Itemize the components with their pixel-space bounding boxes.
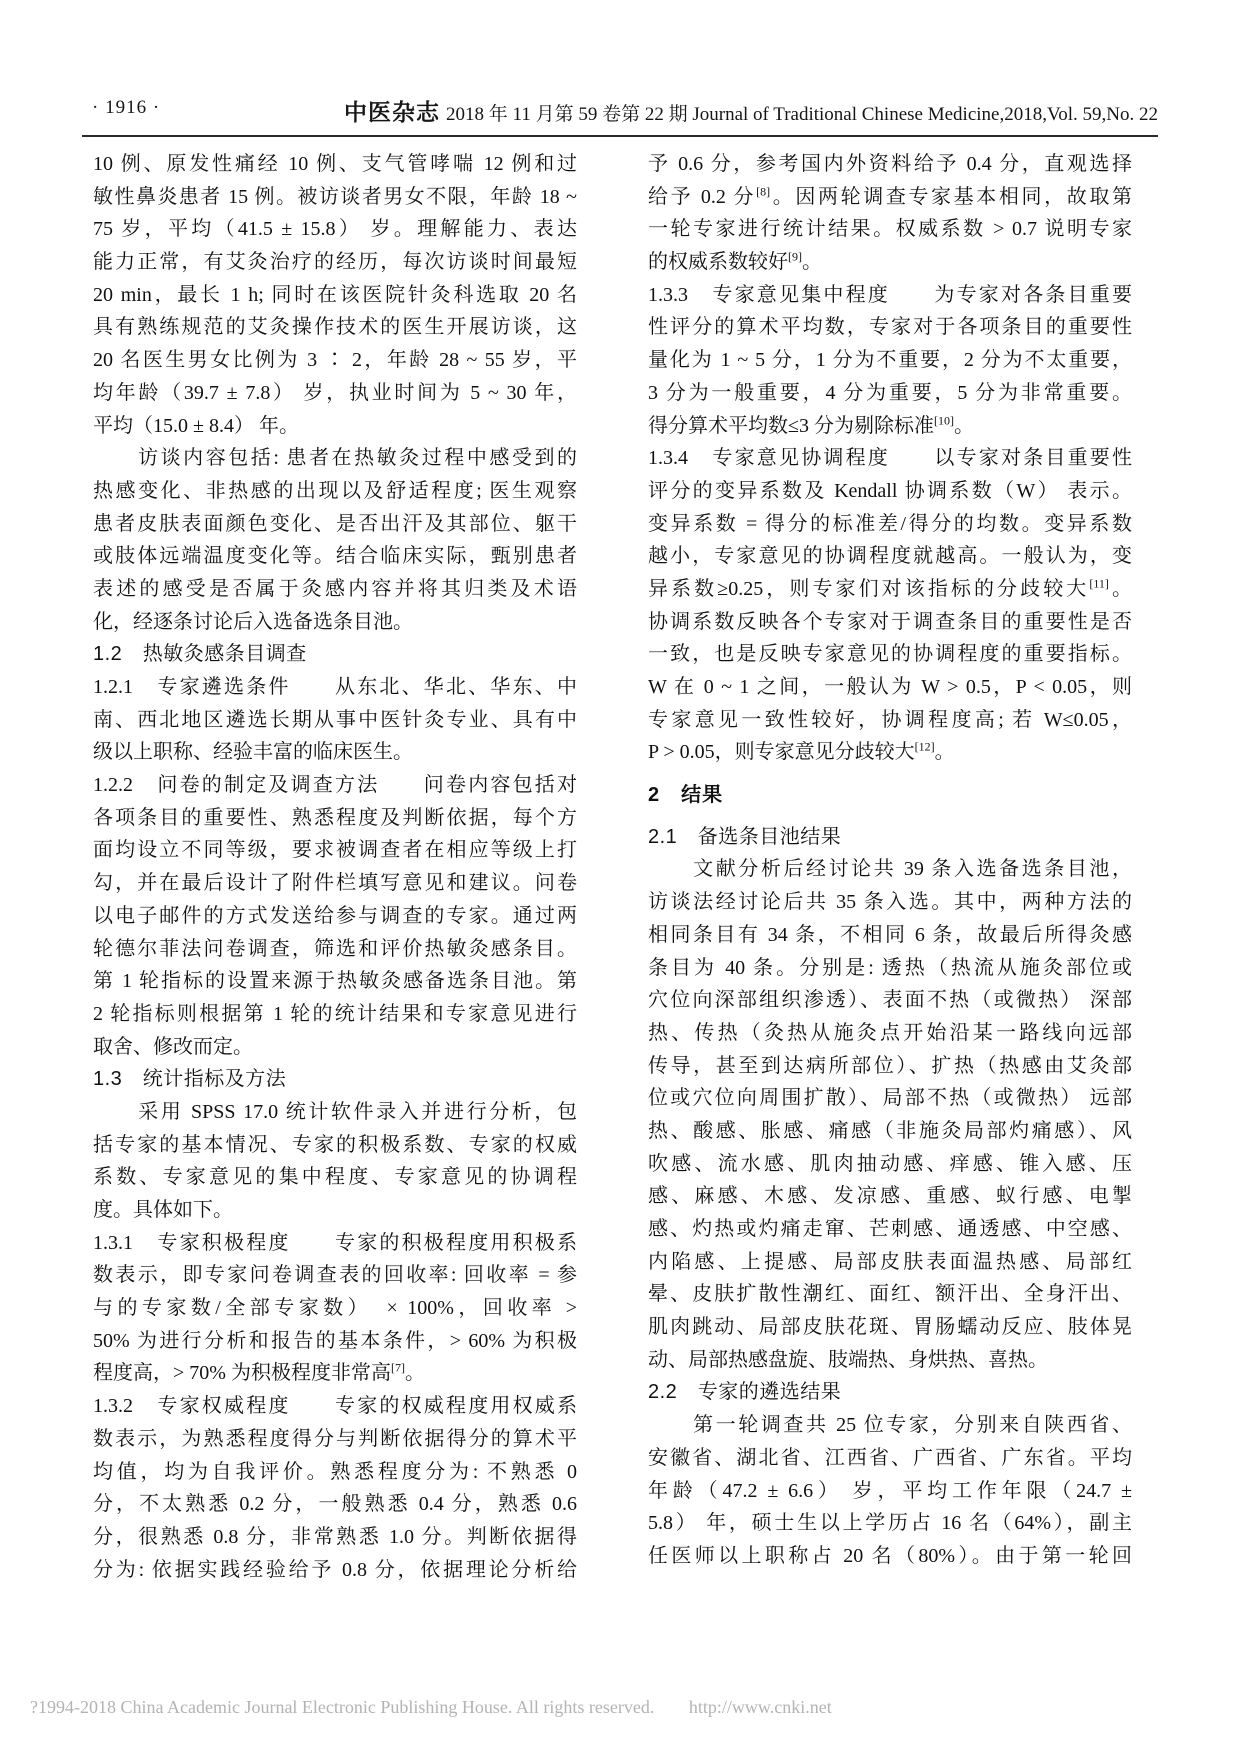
text-line: W 在 0 ~ 1 之间，一般认为 W > 0.5，P < 0.05，则 [648, 671, 1132, 704]
text-line: 数表示，即专家问卷调查表的回收率: 回收率 = 参 [93, 1259, 577, 1292]
text-line: 热、酸感、胀感、痛感（非施灸局部灼痛感）、风 [648, 1115, 1132, 1148]
text-line: 分为: 依据实践经验给予 0.8 分，依据理论分析给 [93, 1554, 577, 1587]
text-line: 10 例、原发性痛经 10 例、支气管哮喘 12 例和过 [93, 148, 577, 181]
text-line: 评分的变异系数及 Kendall 协调系数（W） 表示。 [648, 475, 1132, 508]
text-line: 第一轮调查共 25 位专家，分别来自陕西省、 [648, 1409, 1132, 1442]
section-heading: 2 结果 [648, 779, 1132, 812]
text-line: 能力正常，有艾灸治疗的经历，每次访谈时间最短 [93, 246, 577, 279]
text-line: 量化为 1 ~ 5 分，1 分为不重要，2 分为不太重要， [648, 344, 1132, 377]
text-line: 相同条目有 34 条，不相同 6 条，故最后所得灸感 [648, 919, 1132, 952]
text-line: 患者皮肤表面颜色变化、是否出汗及其部位、躯干 [93, 508, 577, 541]
text-line: 一致，也是反映专家意见的协调程度的重要指标。 [648, 638, 1132, 671]
text-line: 专家意见一致性较好，协调程度高; 若 W≤0.05， [648, 704, 1132, 737]
text-line: 访谈法经讨论后共 35 条入选。其中，两种方法的 [648, 886, 1132, 919]
text-line: 1.3.2 专家权威程度 专家的权威程度用权威系 [93, 1390, 577, 1423]
text-line: 20 名医生男女比例为 3 ∶ 2，年龄 28 ~ 55 岁，平 [93, 344, 577, 377]
subsection-heading: 1.2 热敏灸感条目调查 [93, 638, 577, 671]
text-line: 轮德尔菲法问卷调查，筛选和评价热敏灸感条目。 [93, 933, 577, 966]
text-line: 均值，均为自我评价。熟悉程度分为: 不熟悉 0 [93, 1456, 577, 1489]
text-line: 平均（15.0 ± 8.4） 年。 [93, 410, 577, 443]
journal-issue-info: 2018 年 11 月第 59 卷第 22 期 Journal of Tradi… [446, 104, 1158, 125]
text-line: 给予 0.2 分[8]。因两轮调查专家基本相同，故取第 [648, 181, 1132, 214]
header-rule [82, 135, 1158, 137]
text-line: 访谈内容包括: 患者在热敏灸过程中感受到的 [93, 442, 577, 475]
text-line: 南、西北地区遴选长期从事中医针灸专业、具有中 [93, 704, 577, 737]
text-line: 20 min，最长 1 h; 同时在该医院针灸科选取 20 名 [93, 279, 577, 312]
text-line: 年龄（47.2 ± 6.6） 岁，平均工作年限（24.7 ± [648, 1475, 1132, 1508]
text-line: 一轮专家进行统计结果。权威系数 > 0.7 说明专家 [648, 213, 1132, 246]
journal-header: 中医杂志 2018 年 11 月第 59 卷第 22 期 Journal of … [344, 94, 1158, 127]
text-line: 1.3.4 专家意见协调程度 以专家对条目重要性 [648, 442, 1132, 475]
text-line: 条目为 40 条。分别是: 透热（热流从施灸部位或 [648, 952, 1132, 985]
text-line: 吹感、流水感、肌肉抽动感、痒感、锥入感、压 [648, 1148, 1132, 1181]
text-line: 1.2.1 专家遴选条件 从东北、华北、华东、中 [93, 671, 577, 704]
text-line: 程度高，> 70% 为积极程度非常高[7]。 [93, 1357, 577, 1390]
text-line: 变异系数 = 得分的标准差/得分的均数。变异系数 [648, 508, 1132, 541]
text-line: 3 分为一般重要，4 分为重要，5 分为非常重要。 [648, 377, 1132, 410]
text-line: 级以上职称、经验丰富的临床医生。 [93, 736, 577, 769]
text-line: 取舍、修改而定。 [93, 1031, 577, 1064]
text-line: 得分算术平均数≤3 分为剔除标准[10]。 [648, 410, 1132, 443]
text-line: 肌肉跳动、局部皮肤花斑、胃肠蠕动反应、肢体晃 [648, 1311, 1132, 1344]
page-number: · 1916 · [92, 97, 160, 119]
text-line: 的权威系数较好[9]。 [648, 246, 1132, 279]
text-line: 异系数≥0.25，则专家们对该指标的分歧较大[11]。 [648, 573, 1132, 606]
text-line: 动、局部热感盘旋、肢端热、身烘热、喜热。 [648, 1344, 1132, 1377]
text-line: 括专家的基本情况、专家的积极系数、专家的权威 [93, 1129, 577, 1162]
text-line: 位或穴位向周围扩散）、局部不热（或微热） 远部 [648, 1082, 1132, 1115]
text-line: 晕、皮肤扩散性潮红、面红、额汗出、全身汗出、 [648, 1278, 1132, 1311]
text-line: 5.8） 年，硕士生以上学历占 16 名（64%），副主 [648, 1507, 1132, 1540]
text-line: 敏性鼻炎患者 15 例。被访谈者男女不限，年龄 18 ~ [93, 181, 577, 214]
text-line: 第 1 轮指标的设置来源于热敏灸感备选条目池。第 [93, 965, 577, 998]
text-line: 性评分的算术平均数，专家对于各项条目的重要性 [648, 311, 1132, 344]
text-line: 度。具体如下。 [93, 1194, 577, 1227]
text-line: 任医师以上职称占 20 名（80%）。由于第一轮回 [648, 1540, 1132, 1573]
text-line: 予 0.6 分，参考国内外资料给予 0.4 分，直观选择 [648, 148, 1132, 181]
text-line: 1.2.2 问卷的制定及调查方法 问卷内容包括对 [93, 769, 577, 802]
text-line: 与的专家数/全部专家数） × 100%，回收率 > [93, 1292, 577, 1325]
text-line: 具有熟练规范的艾灸操作技术的医生开展访谈，这 [93, 311, 577, 344]
text-column-left: 10 例、原发性痛经 10 例、支气管哮喘 12 例和过敏性鼻炎患者 15 例。… [93, 148, 577, 1586]
subsection-heading: 1.3 统计指标及方法 [93, 1063, 577, 1096]
text-line: 均年龄（39.7 ± 7.8） 岁，执业时间为 5 ~ 30 年， [93, 377, 577, 410]
text-column-right: 予 0.6 分，参考国内外资料给予 0.4 分，直观选择给予 0.2 分[8]。… [648, 148, 1132, 1586]
subsection-heading: 2.1 备选条目池结果 [648, 821, 1132, 854]
text-line: 内陷感、上提感、局部皮肤表面温热感、局部红 [648, 1246, 1132, 1279]
text-line: 安徽省、湖北省、江西省、广西省、广东省。平均 [648, 1442, 1132, 1475]
text-line: 协调系数反映各个专家对于调查条目的重要性是否 [648, 606, 1132, 639]
text-line: 越小，专家意见的协调程度就越高。一般认为，变 [648, 540, 1132, 573]
journal-title-chinese: 中医杂志 [344, 99, 440, 125]
text-line: 1.3.3 专家意见集中程度 为专家对各条目重要 [648, 279, 1132, 312]
text-line: 或肢体远端温度变化等。结合临床实际，甄别患者 [93, 540, 577, 573]
subsection-heading: 2.2 专家的遴选结果 [648, 1376, 1132, 1409]
footer-copyright: ?1994-2018 China Academic Journal Electr… [30, 1697, 654, 1717]
text-line: 热、传热（灸热从施灸点开始沿某一路线向远部 [648, 1017, 1132, 1050]
text-line: 表述的感受是否属于灸感内容并将其归类及术语 [93, 573, 577, 606]
footer: ?1994-2018 China Academic Journal Electr… [30, 1697, 832, 1718]
text-line: 数表示，为熟悉程度得分与判断依据得分的算术平 [93, 1423, 577, 1456]
text-line: 穴位向深部组织渗透）、表面不热（或微热） 深部 [648, 984, 1132, 1017]
text-line: 热感变化、非热感的出现以及舒适程度; 医生观察 [93, 475, 577, 508]
text-line: 各项条目的重要性、熟悉程度及判断依据，每个方 [93, 802, 577, 835]
text-line: 2 轮指标则根据第 1 轮的统计结果和专家意见进行 [93, 998, 577, 1031]
article-body: 10 例、原发性痛经 10 例、支气管哮喘 12 例和过敏性鼻炎患者 15 例。… [93, 148, 1132, 1586]
text-line: P > 0.05，则专家意见分歧较大[12]。 [648, 736, 1132, 769]
text-line: 感、麻感、木感、发凉感、重感、蚁行感、电掣 [648, 1180, 1132, 1213]
text-line: 文献分析后经讨论共 39 条入选备选条目池， [648, 853, 1132, 886]
text-line: 传导，甚至到达病所部位）、扩热（热感由艾灸部 [648, 1050, 1132, 1083]
footer-url: http://www.cnki.net [689, 1697, 832, 1717]
text-line: 系数、专家意见的集中程度、专家意见的协调程 [93, 1161, 577, 1194]
text-line: 化，经逐条讨论后入选备选条目池。 [93, 606, 577, 639]
text-line: 面均设立不同等级，要求被调查者在相应等级上打 [93, 834, 577, 867]
text-line: 1.3.1 专家积极程度 专家的积极程度用积极系 [93, 1227, 577, 1260]
text-line: 采用 SPSS 17.0 统计软件录入并进行分析，包 [93, 1096, 577, 1129]
text-line: 75 岁，平均（41.5 ± 15.8） 岁。理解能力、表达 [93, 213, 577, 246]
text-line: 分，很熟悉 0.8 分，非常熟悉 1.0 分。判断依据得 [93, 1521, 577, 1554]
text-line: 分，不太熟悉 0.2 分，一般熟悉 0.4 分，熟悉 0.6 [93, 1488, 577, 1521]
text-line: 以电子邮件的方式发送给参与调查的专家。通过两 [93, 900, 577, 933]
text-line: 50% 为进行分析和报告的基本条件，> 60% 为积极 [93, 1325, 577, 1358]
text-line: 勾，并在最后设计了附件栏填写意见和建议。问卷 [93, 867, 577, 900]
text-line: 感、灼热或灼痛走窜、芒刺感、通透感、中空感、 [648, 1213, 1132, 1246]
